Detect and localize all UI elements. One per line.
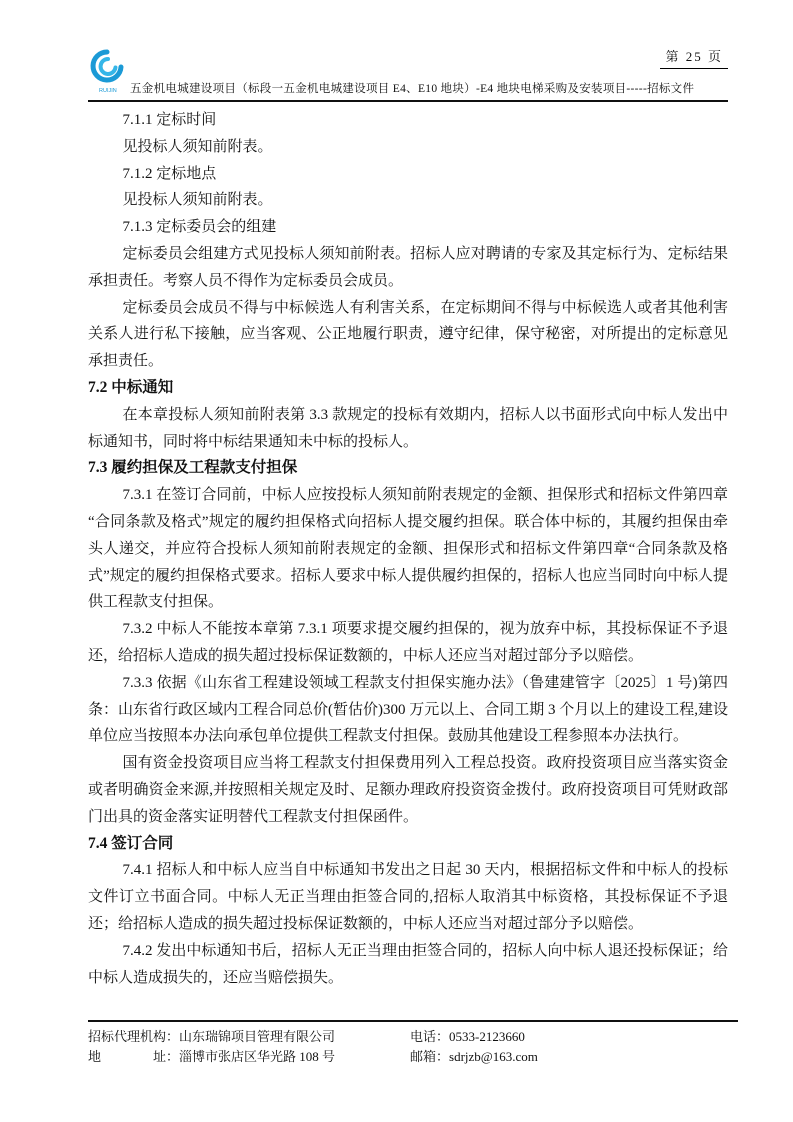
logo-text: RUIJIN	[99, 88, 117, 94]
paragraph: 7.3.3 依据《山东省工程建设领域工程款支付担保实施办法》（鲁建建管字〔202…	[88, 670, 728, 750]
address-label: 地 址：	[88, 1049, 179, 1064]
document-body: 7.1.1 定标时间 见投标人须知前附表。 7.1.2 定标地点 见投标人须知前…	[88, 102, 728, 991]
paragraph: 定标委员会成员不得与中标候选人有利害关系，在定标期间不得与中标候选人或者其他利害…	[88, 295, 728, 375]
paragraph: 7.3.1 在签订合同前，中标人应按投标人须知前附表规定的金额、担保形式和招标文…	[88, 482, 728, 616]
section-heading-7-4: 7.4 签订合同	[88, 831, 728, 858]
page-content: 第 25 页 RUIJIN 五金机电城建设项目（标段一五金机电城建设项目 E4、…	[88, 46, 728, 991]
document-header-title: 五金机电城建设项目（标段一五金机电城建设项目 E4、E10 地块）-E4 地块电…	[130, 80, 694, 96]
section-heading-7-2: 7.2 中标通知	[88, 375, 728, 402]
page-footer: 招标代理机构：山东瑞锦项目管理有限公司 电话：0533-2123660 地 址：…	[88, 1020, 738, 1067]
paragraph: 定标委员会组建方式见投标人须知前附表。招标人应对聘请的专家及其定标行为、定标结果…	[88, 241, 728, 295]
footer-row-2: 地 址：淄博市张店区华光路 108 号 邮箱：sdrjzb@163.com	[88, 1047, 738, 1067]
email-line: 邮箱：sdrjzb@163.com	[410, 1047, 738, 1067]
phone-value: 0533-2123660	[449, 1029, 525, 1044]
subsection-heading-7-1-3: 7.1.3 定标委员会的组建	[88, 214, 728, 241]
document-page: 第 25 页 RUIJIN 五金机电城建设项目（标段一五金机电城建设项目 E4、…	[0, 0, 793, 1122]
paragraph: 7.4.1 招标人和中标人应当自中标通知书发出之日起 30 天内，根据招标文件和…	[88, 857, 728, 937]
subsection-heading-7-1-2: 7.1.2 定标地点	[88, 161, 728, 188]
phone-label: 电话：	[410, 1029, 449, 1044]
agency-label: 招标代理机构：	[88, 1029, 179, 1044]
email-label: 邮箱：	[410, 1049, 449, 1064]
subsection-heading-7-1-1: 7.1.1 定标时间	[88, 107, 728, 134]
phone-line: 电话：0533-2123660	[410, 1027, 738, 1047]
company-logo-icon: RUIJIN	[88, 48, 128, 98]
page-number-row: 第 25 页	[88, 46, 728, 70]
paragraph: 国有资金投资项目应当将工程款支付担保费用列入工程总投资。政府投资项目应当落实资金…	[88, 750, 728, 830]
email-value: sdrjzb@163.com	[449, 1049, 538, 1064]
paragraph: 在本章投标人须知前附表第 3.3 款规定的投标有效期内，招标人以书面形式向中标人…	[88, 402, 728, 456]
address-value: 淄博市张店区华光路 108 号	[179, 1049, 335, 1064]
paragraph: 见投标人须知前附表。	[88, 134, 728, 161]
footer-row-1: 招标代理机构：山东瑞锦项目管理有限公司 电话：0533-2123660	[88, 1027, 738, 1047]
header-bar: RUIJIN 五金机电城建设项目（标段一五金机电城建设项目 E4、E10 地块）…	[88, 70, 728, 102]
agency-value: 山东瑞锦项目管理有限公司	[179, 1029, 335, 1044]
page-number: 第 25 页	[660, 46, 728, 69]
paragraph: 7.4.2 发出中标通知书后，招标人无正当理由拒签合同的，招标人向中标人退还投标…	[88, 938, 728, 992]
agency-line: 招标代理机构：山东瑞锦项目管理有限公司	[88, 1027, 410, 1047]
section-heading-7-3: 7.3 履约担保及工程款支付担保	[88, 455, 728, 482]
paragraph: 见投标人须知前附表。	[88, 187, 728, 214]
paragraph: 7.3.2 中标人不能按本章第 7.3.1 项要求提交履约担保的，视为放弃中标，…	[88, 616, 728, 670]
address-line: 地 址：淄博市张店区华光路 108 号	[88, 1047, 410, 1067]
